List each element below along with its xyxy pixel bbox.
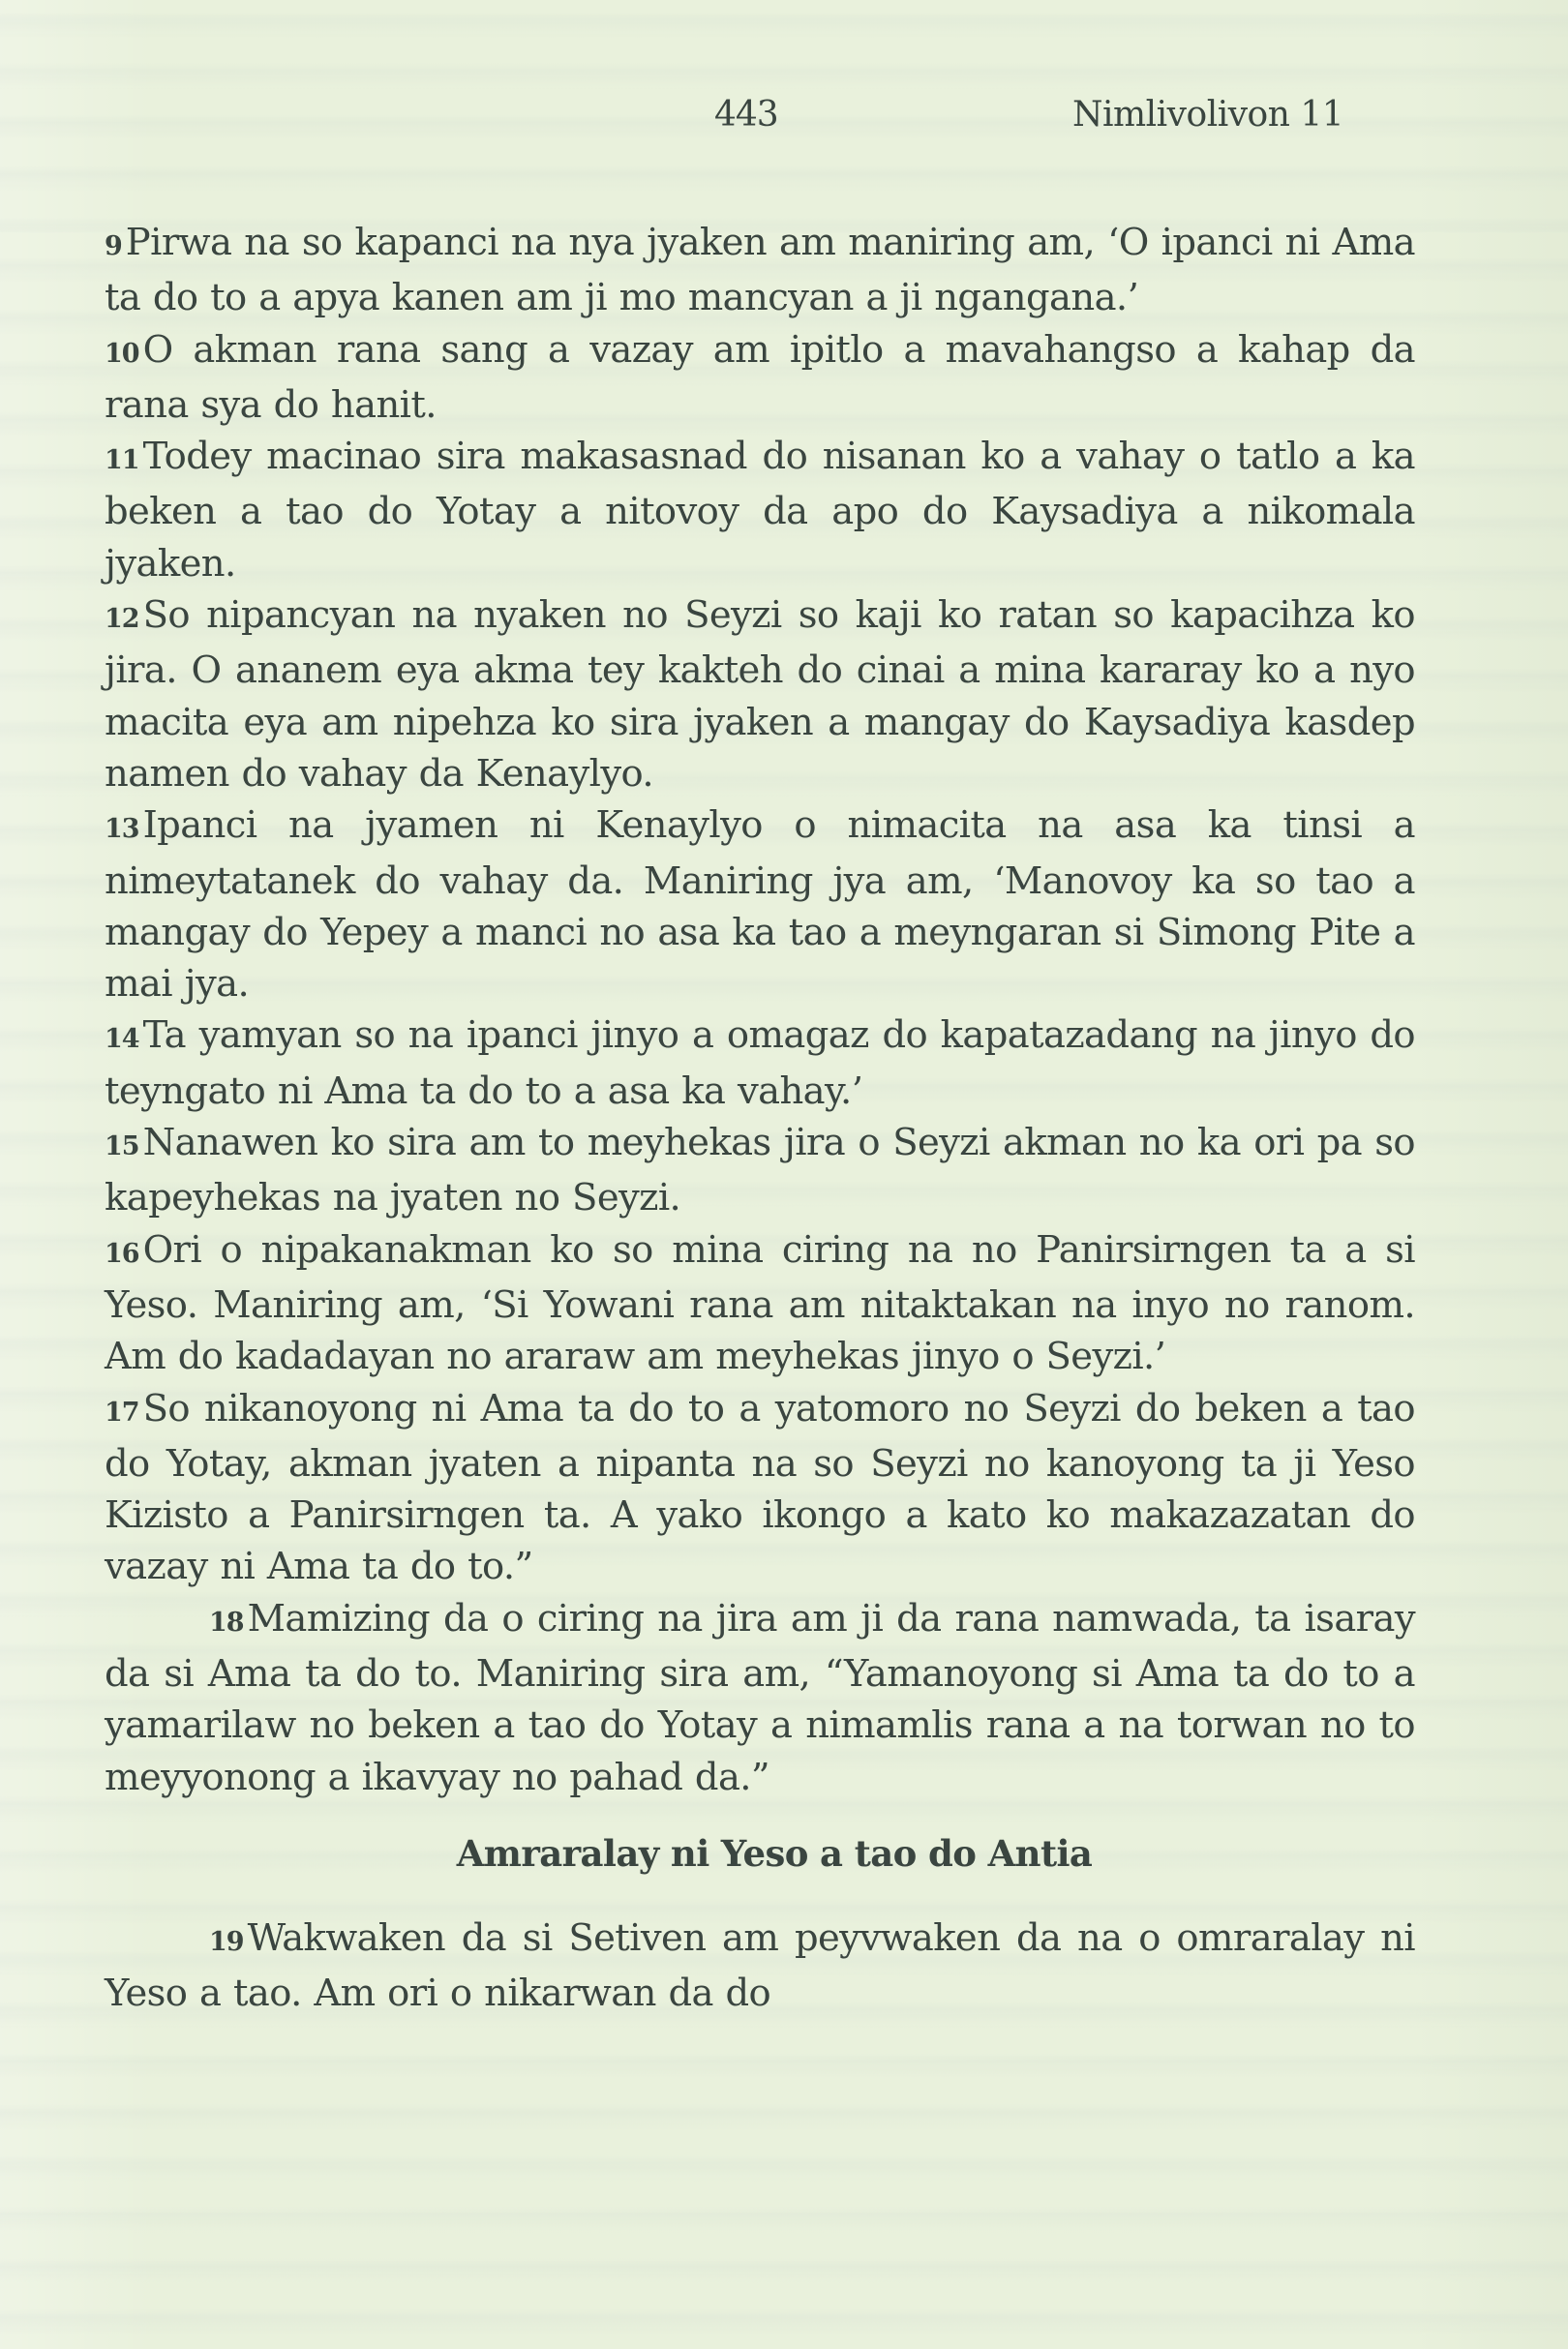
verse-number: 16 — [105, 1239, 139, 1269]
running-head: Nimlivolivon 11 — [1072, 95, 1343, 135]
verse-16: 16Ori o nipakanakman ko so mina ciring n… — [105, 1224, 1415, 1383]
verse-number: 13 — [105, 814, 139, 844]
verse-text: So nipancyan na nyaken no Seyzi so kaji … — [105, 593, 1415, 796]
verse-number: 10 — [105, 339, 139, 369]
verse-text: Ipanci na jyamen ni Kenaylyo o nimacita … — [105, 803, 1415, 1006]
verse-text: Wakwaken da si Setiven am peyvwaken da n… — [105, 1916, 1415, 2015]
verse-17: 17So nikanoyong ni Ama ta do to a yatomo… — [105, 1383, 1415, 1593]
verse-text: Nanawen ko sira am to meyhekas jira o Se… — [105, 1121, 1415, 1220]
verse-15: 15Nanawen ko sira am to meyhekas jira o … — [105, 1117, 1415, 1224]
verse-text: Todey macinao sira makasasnad do nisanan… — [105, 435, 1415, 586]
verse-11: 11Todey macinao sira makasasnad do nisan… — [105, 431, 1415, 589]
verse-number: 18 — [209, 1608, 244, 1638]
verse-text: Ta yamyan so na ipanci jinyo a omagaz do… — [105, 1013, 1415, 1112]
verse-number: 14 — [105, 1024, 139, 1054]
body-text: 9Pirwa na so kapanci na nya jyaken am ma… — [105, 217, 1415, 2020]
verse-text: Mamizing da o ciring na jira am ji da ra… — [105, 1597, 1415, 1799]
verse-10: 10O akman rana sang a vazay am ipitlo a … — [105, 324, 1415, 432]
verse-14: 14Ta yamyan so na ipanci jinyo a omagaz … — [105, 1009, 1415, 1117]
verse-12: 12So nipancyan na nyaken no Seyzi so kaj… — [105, 589, 1415, 799]
verse-number: 12 — [105, 604, 139, 634]
verse-text: Pirwa na so kapanci na nya jyaken am man… — [105, 221, 1415, 319]
verse-18: 18Mamizing da o ciring na jira am ji da … — [105, 1593, 1415, 1803]
section-heading: Amraralay ni Yeso a tao do Antia — [105, 1828, 1415, 1880]
page-number: 443 — [714, 95, 778, 135]
verse-9: 9Pirwa na so kapanci na nya jyaken am ma… — [105, 217, 1415, 324]
verse-number: 19 — [209, 1927, 244, 1957]
verse-number: 17 — [105, 1398, 139, 1428]
verse-text: So nikanoyong ni Ama ta do to a yatomoro… — [105, 1387, 1415, 1589]
verse-19: 19Wakwaken da si Setiven am peyvwaken da… — [105, 1912, 1415, 2020]
verse-number: 11 — [105, 445, 139, 475]
verse-13: 13Ipanci na jyamen ni Kenaylyo o nimacit… — [105, 799, 1415, 1009]
verse-number: 15 — [105, 1131, 139, 1161]
verse-text: O akman rana sang a vazay am ipitlo a ma… — [105, 328, 1415, 427]
verse-number: 9 — [105, 231, 122, 261]
verse-text: Ori o nipakanakman ko so mina ciring na … — [105, 1228, 1415, 1379]
page-header: 443 Nimlivolivon 11 — [0, 95, 1568, 143]
